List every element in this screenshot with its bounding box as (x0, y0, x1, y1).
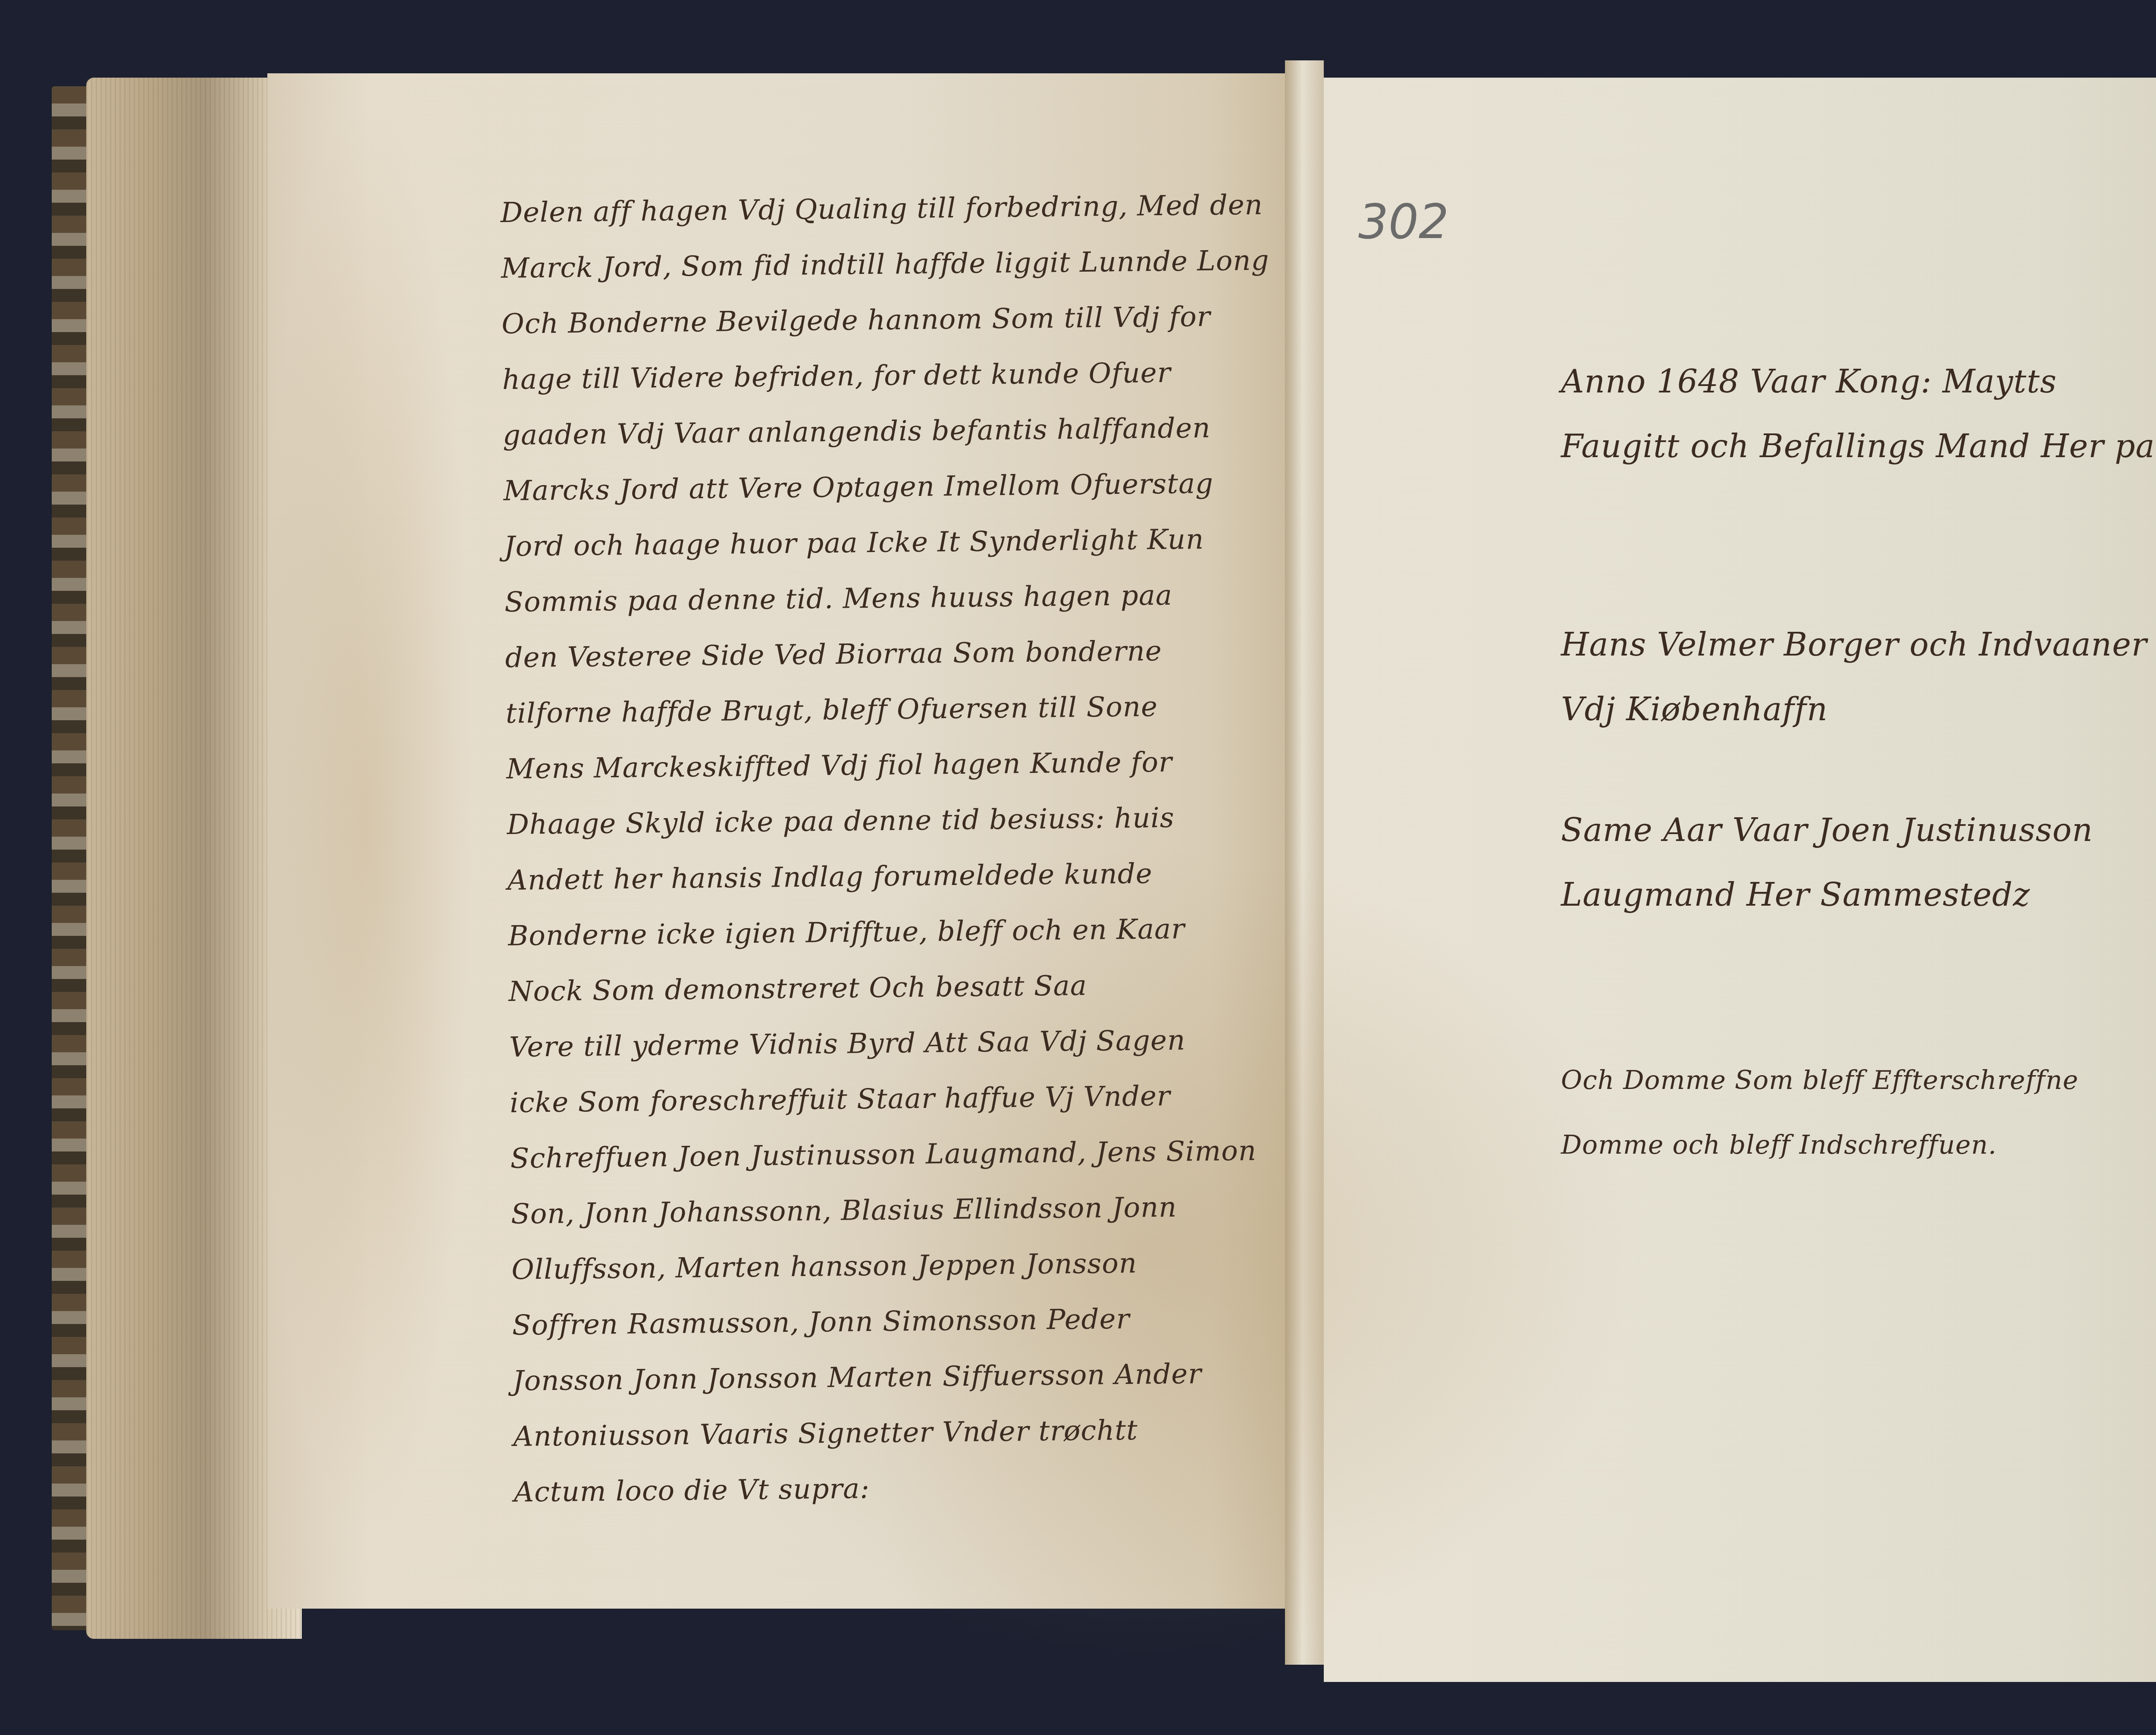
manuscript-line: Andett her hansis Indlag forumeldede kun… (507, 845, 1276, 909)
manuscript-line: Jonsson Jonn Jonsson Marten Siffuersson … (512, 1346, 1281, 1409)
manuscript-line: Och Bonderne Bevilgede hannom Som till V… (501, 289, 1270, 352)
manuscript-line: hage till Videre befriden, for dett kund… (502, 344, 1271, 408)
manuscript-line: Same Aar Vaar Joen Justinusson (1561, 798, 2093, 863)
left-page-text: Delen aff hagen Vdj Qualing till forbedr… (500, 177, 1282, 1520)
right-entry-3: Same Aar Vaar Joen Justinusson Laugmand … (1561, 798, 2093, 927)
manuscript-line: Delen aff hagen Vdj Qualing till forbedr… (500, 177, 1269, 241)
manuscript-line: Son, Jonn Johanssonn, Blasius Ellindsson… (511, 1179, 1279, 1242)
manuscript-line: Actum loco die Vt supra: (514, 1457, 1282, 1521)
manuscript-line: Schreffuen Joen Justinusson Laugmand, Je… (510, 1123, 1279, 1187)
manuscript-line: Mens Marckeskiffted Vdj fiol hagen Kunde… (506, 734, 1275, 797)
manuscript-line: Antoniusson Vaaris Signetter Vnder trøch… (513, 1401, 1282, 1465)
manuscript-line: gaaden Vdj Vaar anlangendis befantis hal… (502, 400, 1271, 464)
marbled-cover-edge (52, 86, 86, 1630)
manuscript-line: Marck Jord, Som fid indtill haffde liggi… (501, 233, 1269, 297)
right-entry-4: Och Domme Som bleff Effterschreffne Domm… (1561, 1048, 2078, 1177)
manuscript-line: Sommis paa denne tid. Mens huuss hagen p… (504, 567, 1273, 631)
manuscript-line: Jord och haage huor paa Icke It Synderli… (504, 511, 1272, 575)
manuscript-line: Laugmand Her Sammestedz (1561, 863, 2093, 927)
right-entry-1: Anno 1648 Vaar Kong: Maytts Faugitt och … (1561, 349, 2156, 479)
manuscript-line: Olluffsson, Marten hansson Jeppen Jonsso… (511, 1234, 1280, 1298)
manuscript-line: Nock Som demonstreret Och besatt Saa (508, 956, 1277, 1020)
manuscript-line: Soffren Rasmusson, Jonn Simonsson Peder (512, 1290, 1281, 1354)
edge-stain (259, 86, 474, 1553)
manuscript-line: Domme och bleff Indschreffuen. (1561, 1113, 2078, 1177)
manuscript-line: icke Som foreschreffuit Staar haffue Vj … (510, 1067, 1279, 1131)
manuscript-line: Vere till yderme Vidnis Byrd Att Saa Vdj… (509, 1012, 1278, 1076)
manuscript-line: Dhaage Skyld icke paa denne tid besiuss:… (507, 789, 1275, 853)
manuscript-line: Faugitt och Befallings Mand Her paa Fero… (1561, 414, 2156, 479)
manuscript-line: tilforne haffde Brugt, bleff Ofuersen ti… (505, 678, 1274, 742)
right-entry-2: Hans Velmer Borger och Indvaaner Vdj Kiø… (1561, 612, 2147, 742)
page-number: 302 (1358, 194, 1449, 249)
manuscript-line: Bonderne icke igien Drifftue, bleff och … (508, 900, 1277, 964)
manuscript-line: den Vesteree Side Ved Biorraa Som bonder… (505, 622, 1274, 686)
manuscript-line: Och Domme Som bleff Effterschreffne (1561, 1048, 2078, 1113)
manuscript-line: Anno 1648 Vaar Kong: Maytts (1561, 349, 2156, 414)
manuscript-line: Vdj Kiøbenhaffn (1561, 677, 2147, 742)
manuscript-line: Marcks Jord att Vere Optagen Imellom Ofu… (503, 455, 1272, 519)
manuscript-line: Hans Velmer Borger och Indvaaner (1561, 612, 2147, 677)
